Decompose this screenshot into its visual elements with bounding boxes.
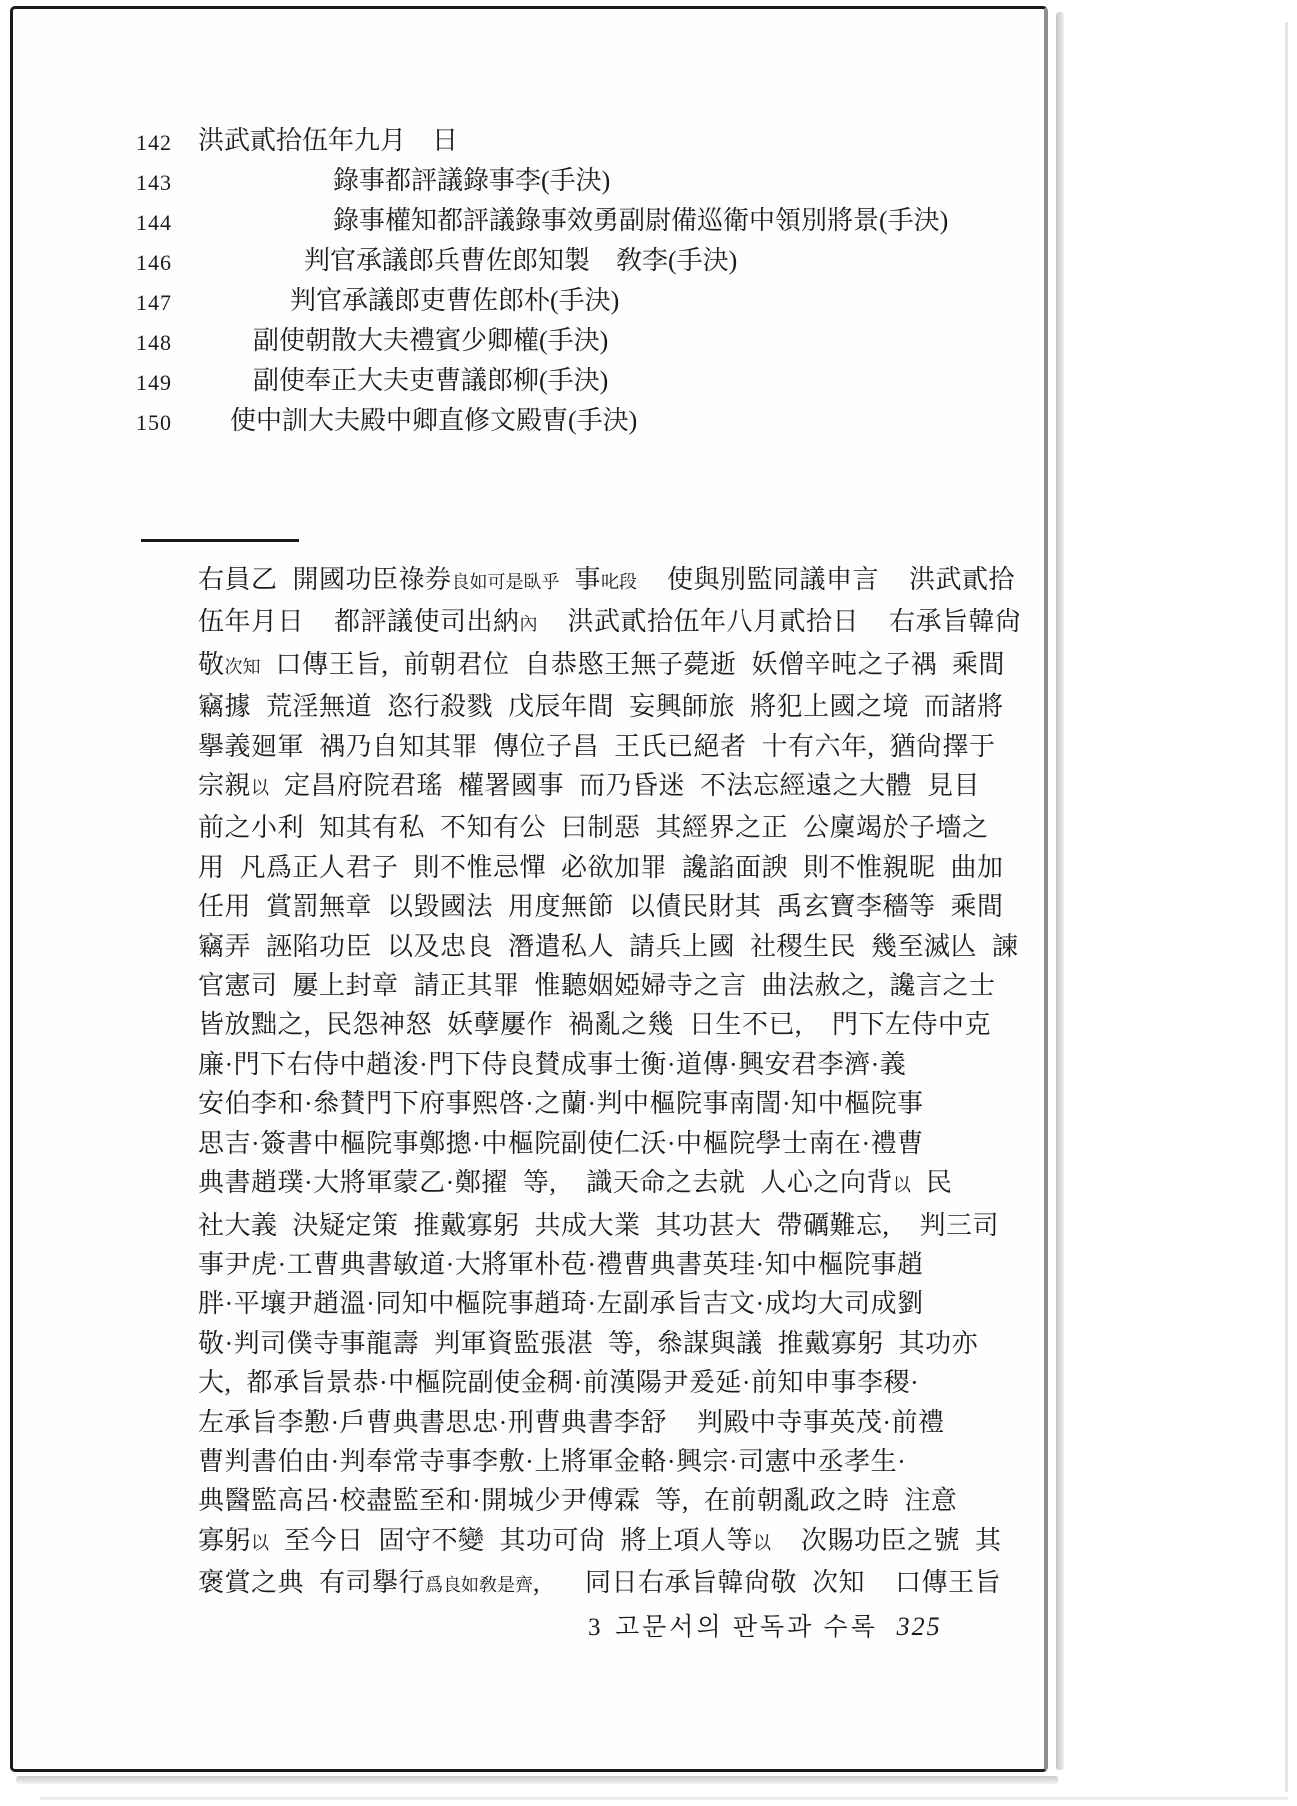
footer-title: 고문서의 판독과 수록 bbox=[615, 1614, 878, 1641]
paragraph-text: 使與別監同議申言 洪武貳拾 bbox=[637, 565, 1015, 594]
paragraph-text: 安伯李和·叅賛門下府事熙啓·之蘭·判中樞院事南誾·知中樞院事 bbox=[198, 1089, 924, 1118]
paragraph-text: 左承旨李懃·戶曹典書思忠·刑曹典書李舒 判殿中寺事英茂·前禮 bbox=[198, 1408, 944, 1437]
paragraph-text: 典醫監高呂·校盡監至和·開城少尹傅霖 等, 在前朝亂政之時 注意 bbox=[198, 1486, 957, 1515]
paragraph-line: 皆放黜之, 民怨神怒 妖孽屢作 禍亂之幾 日生不已, 門下左侍中克 bbox=[198, 1005, 958, 1044]
scanned-book-page: 142洪武貳拾伍年九月 日143錄事都評議錄事李(手決)144錄事權知都評議錄事… bbox=[0, 0, 1297, 1806]
header-text: 副使朝散大夫禮賓少卿權(手決) bbox=[253, 326, 608, 355]
paragraph-line: 褒賞之典 有司擧行爲良如敎是齊, 同日右承旨韓尙敬 次知 口傳王旨 bbox=[198, 1563, 958, 1605]
paragraph-line: 寡躬以 至今日 固守不變 其功可尙 將上項人等以 次賜功臣之號 其 bbox=[198, 1521, 958, 1563]
footnote-divider bbox=[141, 539, 299, 542]
paragraph-line: 事尹虎·工曹典書敏道·大將軍朴苞·禮曹典書英珪·知中樞院事趙 bbox=[198, 1245, 958, 1284]
paragraph-text: 用 凡爲正人君子 則不惟忌憚 必欲加罪 讒諂面諛 則不惟親昵 曲加 bbox=[198, 853, 1004, 882]
header-entries: 142洪武貳拾伍年九月 日143錄事都評議錄事李(手決)144錄事權知都評議錄事… bbox=[136, 121, 1016, 441]
header-row: 142洪武貳拾伍年九月 日 bbox=[136, 121, 1016, 161]
paragraph-line: 竊據 荒淫無道 恣行殺戮 戊辰年間 妄興師旅 將犯上國之境 而諸將 bbox=[198, 687, 958, 726]
paragraph-line: 典書趙璞·大將軍蒙乙·鄭擢 等, 識天命之去就 人心之向背以 民 bbox=[198, 1163, 958, 1205]
paragraph-text: 次賜功臣之號 其 bbox=[771, 1526, 1002, 1555]
paragraph-line: 擧義廻軍 禑乃自知其罪 傳位子昌 王氏已絕者 十有六年, 猶尙擇于 bbox=[198, 727, 958, 766]
paragraph-line: 右員乙 開國功臣祿券良如可是臥乎 事叱段 使與別監同議申言 洪武貳拾 bbox=[198, 560, 958, 602]
paragraph-text: 敬 bbox=[198, 650, 225, 679]
footer-section-number: 3 bbox=[588, 1614, 603, 1641]
paragraph-text: 典書趙璞·大將軍蒙乙·鄭擢 等, 識天命之去就 人心之向背 bbox=[198, 1168, 893, 1197]
paragraph-text: 胖·平壤尹趙溫·同知中樞院事趙琦·左副承旨吉文·成均大司成劉 bbox=[198, 1289, 924, 1318]
paragraph-text: 竊據 荒淫無道 恣行殺戮 戊辰年間 妄興師旅 將犯上國之境 而諸將 bbox=[198, 692, 1004, 721]
paragraph-text: , 同日右承旨韓尙敬 次知 口傳王旨 bbox=[533, 1568, 1001, 1597]
paragraph-text: 事尹虎·工曹典書敏道·大將軍朴苞·禮曹典書英珪·知中樞院事趙 bbox=[198, 1250, 924, 1279]
paragraph-text: 大, 都承旨景恭·中樞院副使金稠·前漢陽尹爰延·前知申事李稷· bbox=[198, 1368, 919, 1397]
small-gloss: 叱段 bbox=[601, 572, 637, 592]
paragraph-text: 民 bbox=[911, 1168, 953, 1197]
page-frame: 142洪武貳拾伍年九月 日143錄事都評議錄事李(手決)144錄事權知都評議錄事… bbox=[10, 6, 1048, 1772]
paragraph-line: 用 凡爲正人君子 則不惟忌憚 必欲加罪 讒諂面諛 則不惟親昵 曲加 bbox=[198, 848, 958, 887]
paragraph-line: 敬次知 口傳王旨, 前朝君位 自恭愍王無子薨逝 妖僧辛旽之子禑 乘間 bbox=[198, 645, 958, 687]
header-text: 判官承議郎兵曹佐郎知製 敎李(手決) bbox=[304, 246, 737, 275]
paragraph-line: 典醫監高呂·校盡監至和·開城少尹傅霖 等, 在前朝亂政之時 注意 bbox=[198, 1481, 958, 1520]
paragraph-line: 伍年月日 都評議使司出納內 洪武貳拾伍年八月貳拾日 右承旨韓尙 bbox=[198, 602, 958, 644]
paragraph-text: 敬·判司僕寺事龍壽 判軍資監張湛 等, 叅謀與議 推戴寡躬 其功亦 bbox=[198, 1329, 978, 1358]
line-number: 148 bbox=[136, 323, 198, 363]
paragraph-text: 口傳王旨, 前朝君位 自恭愍王無子薨逝 妖僧辛旽之子禑 乘間 bbox=[261, 650, 1006, 679]
paragraph-line: 官憲司 屢上封章 請正其罪 惟聽姻婭婦寺之言 曲法赦之, 讒言之士 bbox=[198, 966, 958, 1005]
header-text: 洪武貳拾伍年九月 日 bbox=[198, 126, 458, 155]
line-number: 147 bbox=[136, 283, 198, 323]
paragraph-line: 竊弄 誣陷功臣 以及忠良 潛遣私人 請兵上國 社稷生民 幾至滅亾 諫 bbox=[198, 927, 958, 966]
paragraph-line: 安伯李和·叅賛門下府事熙啓·之蘭·判中樞院事南誾·知中樞院事 bbox=[198, 1084, 958, 1123]
small-gloss: 次知 bbox=[225, 657, 261, 677]
paragraph-text: 社大義 決疑定策 推戴寡躬 共成大業 其功甚大 帶礪難忘, 判三司 bbox=[198, 1211, 999, 1240]
line-number: 143 bbox=[136, 163, 198, 203]
paragraph-text: 右員乙 開國功臣祿券 bbox=[198, 565, 452, 594]
paragraph-text: 思吉·簽書中樞院事鄭摠·中樞院副使仁沃·中樞院學士南在·禮曹 bbox=[198, 1129, 924, 1158]
paragraph-text: 至今日 固守不變 其功可尙 將上項人等 bbox=[269, 1526, 753, 1555]
paragraph-text: 皆放黜之, 民怨神怒 妖孽屢作 禍亂之幾 日生不已, 門下左侍中克 bbox=[198, 1010, 991, 1039]
line-number: 142 bbox=[136, 123, 198, 163]
line-number: 149 bbox=[136, 363, 198, 403]
small-gloss: 爲良如敎是齊 bbox=[425, 1575, 533, 1595]
paragraph-text: 事 bbox=[560, 565, 602, 594]
paragraph-text: 褒賞之典 有司擧行 bbox=[198, 1568, 425, 1597]
header-row: 150使中訓大夫殿中卿直修文殿曺(手決) bbox=[136, 401, 1016, 441]
paragraph-text: 伍年月日 都評議使司出納 bbox=[198, 607, 520, 636]
small-gloss: 以 bbox=[251, 778, 269, 798]
paragraph-line: 前之小利 知其有私 不知有公 曰制惡 其經界之正 公廩竭於子墻之 bbox=[198, 808, 958, 847]
header-row: 147判官承議郎吏曹佐郎朴(手決) bbox=[136, 281, 1016, 321]
page-stack-edge-right bbox=[1056, 12, 1064, 1770]
paragraph-text: 曹判書伯由·判奉常寺事李敷·上將軍金輅·興宗·司憲中丞孝生· bbox=[198, 1447, 906, 1476]
paragraph-text: 廉·門下右侍中趙浚·門下侍良賛成事士衡·道傳·興安君李濟·義 bbox=[198, 1050, 906, 1079]
paragraph-text: 任用 賞罰無章 以毀國法 用度無節 以債民財其 禹玄寶李穡等 乘間 bbox=[198, 892, 1004, 921]
header-row: 146判官承議郎兵曹佐郎知製 敎李(手決) bbox=[136, 241, 1016, 281]
paragraph-line: 敬·判司僕寺事龍壽 判軍資監張湛 等, 叅謀與議 推戴寡躬 其功亦 bbox=[198, 1324, 958, 1363]
small-gloss: 以 bbox=[753, 1533, 771, 1553]
paragraph-line: 宗親以 定昌府院君瑤 權署國事 而乃昏迷 不法忘經遠之大體 見目 bbox=[198, 766, 958, 808]
paragraph-text: 定昌府院君瑤 權署國事 而乃昏迷 不法忘經遠之大體 見目 bbox=[269, 771, 980, 800]
header-row: 149副使奉正大夫吏曹議郎柳(手決) bbox=[136, 361, 1016, 401]
paragraph-text: 擧義廻軍 禑乃自知其罪 傳位子昌 王氏已絕者 十有六年, 猶尙擇于 bbox=[198, 732, 996, 761]
paragraph-line: 大, 都承旨景恭·中樞院副使金稠·前漢陽尹爰延·前知申事李稷· bbox=[198, 1363, 958, 1402]
line-number: 150 bbox=[136, 403, 198, 443]
header-text: 判官承議郎吏曹佐郎朴(手決) bbox=[290, 286, 619, 315]
page-footer: 3 고문서의 판독과 수록 325 bbox=[588, 1607, 918, 1643]
small-gloss: 內 bbox=[520, 614, 538, 634]
header-text: 錄事權知都評議錄事效勇副尉備巡衛中領別將景(手決) bbox=[333, 206, 948, 235]
header-text: 錄事都評議錄事李(手決) bbox=[333, 166, 610, 195]
paragraph-text: 洪武貳拾伍年八月貳拾日 右承旨韓尙 bbox=[538, 607, 1022, 636]
body-paragraph: 右員乙 開國功臣祿券良如可是臥乎 事叱段 使與別監同議申言 洪武貳拾伍年月日 都… bbox=[198, 560, 958, 1606]
paragraph-text: 官憲司 屢上封章 請正其罪 惟聽姻婭婦寺之言 曲法赦之, 讒言之士 bbox=[198, 971, 996, 1000]
footer-page-number: 325 bbox=[897, 1612, 942, 1641]
paragraph-line: 胖·平壤尹趙溫·同知中樞院事趙琦·左副承旨吉文·成均大司成劉 bbox=[198, 1284, 958, 1323]
paragraph-text: 竊弄 誣陷功臣 以及忠良 潛遣私人 請兵上國 社稷生民 幾至滅亾 諫 bbox=[198, 932, 1019, 961]
header-row: 143錄事都評議錄事李(手決) bbox=[136, 161, 1016, 201]
paragraph-text: 前之小利 知其有私 不知有公 曰制惡 其經界之正 公廩竭於子墻之 bbox=[198, 813, 989, 842]
paragraph-line: 曹判書伯由·判奉常寺事李敷·上將軍金輅·興宗·司憲中丞孝生· bbox=[198, 1442, 958, 1481]
small-gloss: 以 bbox=[893, 1175, 911, 1195]
page-stack-edge-bottom bbox=[16, 1776, 1058, 1784]
paragraph-line: 任用 賞罰無章 以毀國法 用度無節 以債民財其 禹玄寶李穡等 乘間 bbox=[198, 887, 958, 926]
paragraph-line: 廉·門下右侍中趙浚·門下侍良賛成事士衡·道傳·興安君李濟·義 bbox=[198, 1045, 958, 1084]
scan-edge-right bbox=[1285, 22, 1288, 1792]
paragraph-text: 宗親 bbox=[198, 771, 251, 800]
paragraph-text: 寡躬 bbox=[198, 1526, 251, 1555]
scan-edge-bottom bbox=[40, 1797, 1288, 1800]
paragraph-line: 左承旨李懃·戶曹典書思忠·刑曹典書李舒 判殿中寺事英茂·前禮 bbox=[198, 1403, 958, 1442]
paragraph-line: 社大義 決疑定策 推戴寡躬 共成大業 其功甚大 帶礪難忘, 判三司 bbox=[198, 1206, 958, 1245]
small-gloss: 良如可是臥乎 bbox=[452, 572, 560, 592]
small-gloss: 以 bbox=[251, 1533, 269, 1553]
paragraph-line: 思吉·簽書中樞院事鄭摠·中樞院副使仁沃·中樞院學士南在·禮曹 bbox=[198, 1124, 958, 1163]
line-number: 146 bbox=[136, 243, 198, 283]
header-text: 使中訓大夫殿中卿直修文殿曺(手決) bbox=[230, 406, 637, 435]
header-row: 148副使朝散大夫禮賓少卿權(手決) bbox=[136, 321, 1016, 361]
header-text: 副使奉正大夫吏曹議郎柳(手決) bbox=[253, 366, 608, 395]
header-row: 144錄事權知都評議錄事效勇副尉備巡衛中領別將景(手決) bbox=[136, 201, 1016, 241]
line-number: 144 bbox=[136, 203, 198, 243]
